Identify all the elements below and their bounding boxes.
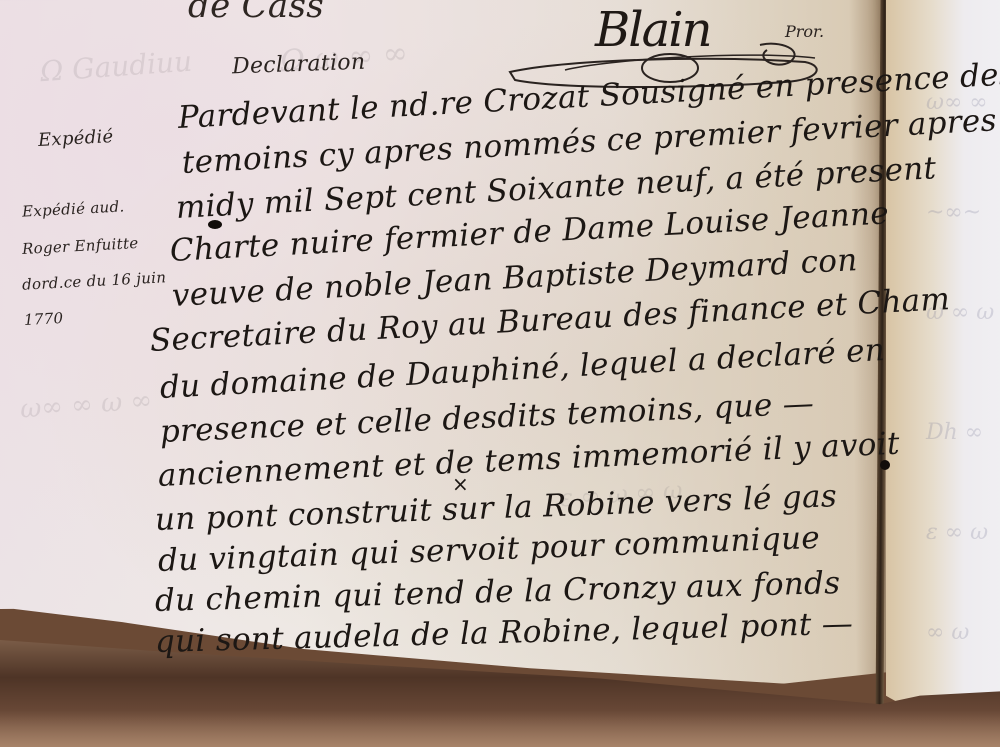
facing-page-faint-text: ∞ ω: [926, 620, 969, 645]
ink-blot: [208, 220, 222, 229]
facing-page-faint-text: Dh ∞: [926, 420, 983, 445]
insertion-mark-x: ×: [452, 472, 469, 496]
margin-note: Expédié: [38, 126, 114, 151]
signature-suffix: Pror.: [785, 22, 824, 41]
facing-page-faint-text: ~∞~: [926, 200, 981, 225]
signature: Blain: [595, 2, 711, 58]
margin-note: 1770: [24, 309, 64, 329]
manuscript-photo: Ω Gaudiuu Ω ω ∞ ∞ ω∞ ∞ ω ∞ ε ∞ ω ∞ ω ω∞ …: [0, 0, 1000, 747]
top-line-fragment: de Cass: [188, 0, 324, 26]
declaration-heading: Declaration: [232, 50, 366, 80]
facing-page-faint-text: ε ∞ ω: [926, 520, 988, 545]
table-surface: [0, 710, 1000, 747]
ink-blot: [880, 460, 890, 470]
